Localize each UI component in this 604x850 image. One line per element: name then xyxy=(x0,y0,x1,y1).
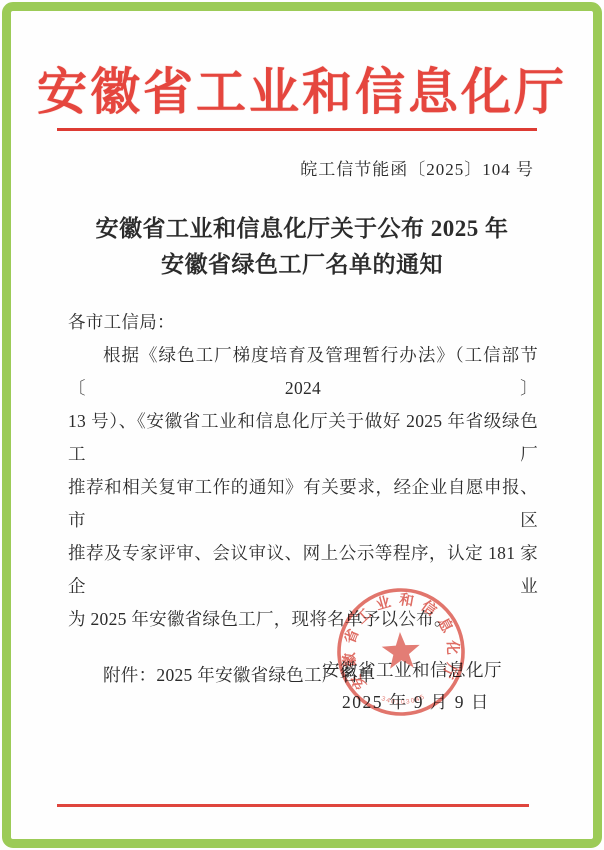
body-line: 13 号）、《安徽省工业和信息化厅关于做好 2025 年省级绿色工厂 xyxy=(68,405,538,471)
official-seal-icon: 安徽省工业和信息化厅 340103045 xyxy=(332,583,471,722)
notice-title: 安徽省工业和信息化厅关于公布 2025 年 安徽省绿色工厂名单的通知 xyxy=(0,211,604,283)
seal-star-icon xyxy=(381,631,421,669)
body: 各市工信局： 根据《绿色工厂梯度培育及管理暂行办法》（工信部节〔2024〕 13… xyxy=(68,306,538,692)
seal-code: 340103045 xyxy=(380,693,427,707)
title-line-1: 安徽省工业和信息化厅关于公布 2025 年 xyxy=(0,211,604,247)
letterhead-rule xyxy=(57,128,537,131)
page: 安徽省工业和信息化厅 皖工信节能函〔2025〕104 号 安徽省工业和信息化厅关… xyxy=(0,0,604,850)
body-line: 推荐及专家评审、会议审议、网上公示等程序，认定 181 家企业 xyxy=(68,537,538,603)
doc-number: 皖工信节能函〔2025〕104 号 xyxy=(300,155,534,180)
svg-text:340103045: 340103045 xyxy=(380,693,427,707)
body-line: 推荐和相关复审工作的通知》有关要求，经企业自愿申报、市区 xyxy=(68,471,538,537)
salutation: 各市工信局： xyxy=(68,306,538,339)
body-line: 根据《绿色工厂梯度培育及管理暂行办法》（工信部节〔2024〕 xyxy=(68,339,538,405)
agency-letterhead: 安徽省工业和信息化厅 xyxy=(0,52,604,124)
body-line: 为 2025 年安徽省绿色工厂，现将名单予以公布。 xyxy=(68,603,538,636)
title-line-2: 安徽省绿色工厂名单的通知 xyxy=(0,247,604,283)
footer-rule xyxy=(57,804,529,807)
